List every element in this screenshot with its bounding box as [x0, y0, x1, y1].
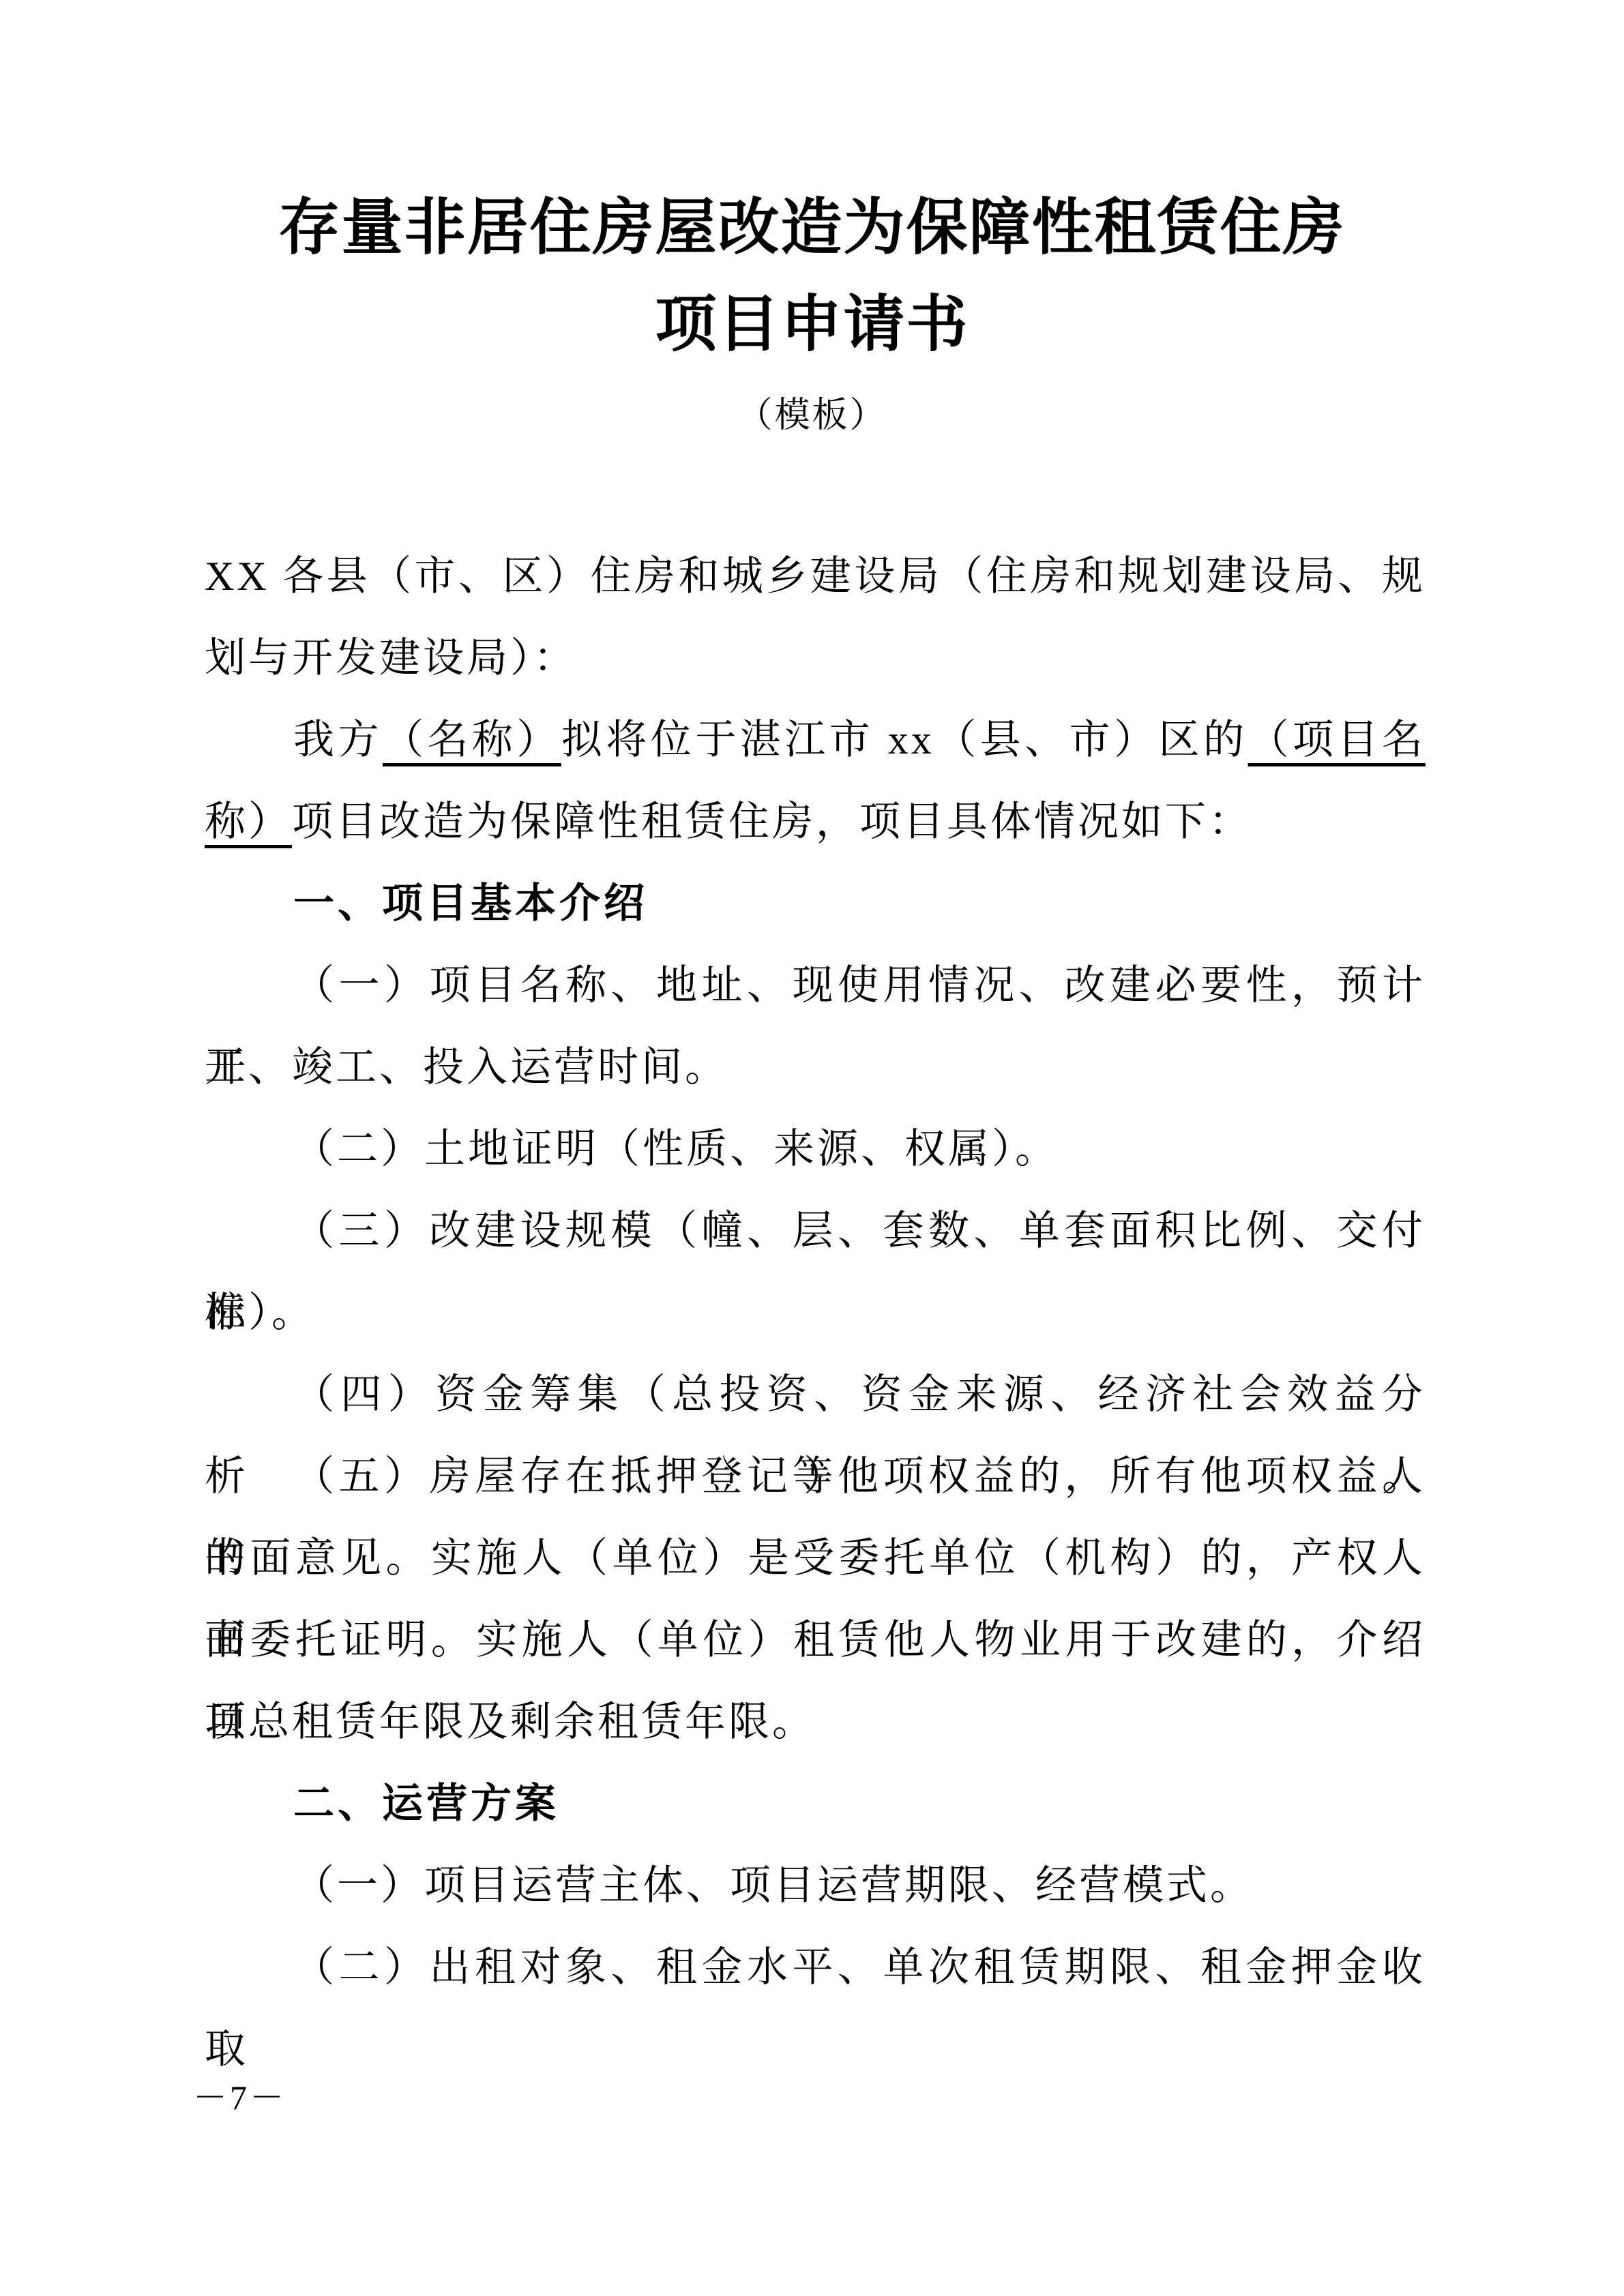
text-segment: 拟将位于湛江市 xx（县、市）区的 — [561, 717, 1248, 762]
salutation-line-2: 划与开发建设局）： — [205, 617, 1426, 699]
item-1-5-line-4: 目总租赁年限及剩余租赁年限。 — [205, 1681, 1426, 1763]
item-2-2: （二）出租对象、租金水平、单次租赁期限、租金押金收取 — [205, 1926, 1426, 2008]
item-1-4: （四）资金筹集（总投资、资金来源、经济社会效益分析）。 — [205, 1354, 1426, 1435]
text-segment: 我方 — [293, 717, 383, 762]
section-2-heading: 二、运营方案 — [205, 1763, 1426, 1845]
text-segment: （二）出租对象、租金水平、单次租赁期限、租金押金收取 — [205, 1945, 1426, 2072]
item-1-5-line-1: （五）房屋存在抵押登记等他项权益的，所有他项权益人的 — [205, 1435, 1426, 1517]
item-1-1-line-1: （一）项目名称、地址、现使用情况、改建必要性，预计开 — [205, 944, 1426, 1026]
text-segment: 一、项目基本介绍 — [293, 880, 648, 926]
text-segment: （一）项目运营主体、项目运营期限、经营模式。 — [293, 1863, 1254, 1908]
text-segment: （二）土地证明（性质、来源、权属）。 — [293, 1127, 1059, 1172]
text-segment: 准）。 — [205, 1290, 315, 1335]
item-1-3-line-2: 准）。 — [205, 1272, 1426, 1354]
intro-line-1: 我方（名称）拟将位于湛江市 xx（县、市）区的（项目名 — [205, 699, 1426, 781]
text-segment: 项目改造为保障性租赁住房，项目具体情况如下： — [292, 799, 1252, 844]
item-1-3-line-1: （三）改建设规模（幢、层、套数、单套面积比例、交付标 — [205, 1190, 1426, 1272]
underlined-fill-in-blank: （项目名 — [1248, 717, 1426, 762]
text-segment: 目总租赁年限及剩余租赁年限。 — [205, 1699, 816, 1744]
underlined-fill-in-blank: 称） — [205, 799, 292, 844]
text-segment: 工、竣工、投入运营时间。 — [205, 1045, 728, 1090]
page-number: －7－ — [193, 2073, 286, 2122]
text-segment: 划与开发建设局）： — [205, 636, 577, 681]
underlined-fill-in-blank: （名称） — [383, 717, 561, 762]
document-page: 存量非居住房屋改造为保障性租赁住房 项目申请书 （模板） XX 各县（市、区）住… — [0, 0, 1624, 2296]
intro-line-2: 称）项目改造为保障性租赁住房，项目具体情况如下： — [205, 781, 1426, 863]
salutation-line-1: XX 各县（市、区）住房和城乡建设局（住房和规划建设局、规 — [205, 535, 1426, 617]
document-subtitle: （模板） — [0, 387, 1624, 445]
item-1-2: （二）土地证明（性质、来源、权属）。 — [205, 1108, 1426, 1190]
item-1-1-line-2: 工、竣工、投入运营时间。 — [205, 1026, 1426, 1108]
item-1-5-line-3: 面委托证明。实施人（单位）租赁他人物业用于改建的，介绍项 — [205, 1599, 1426, 1681]
item-1-5-line-2: 书面意见。实施人（单位）是受委托单位（机构）的，产权人书 — [205, 1517, 1426, 1599]
document-body: XX 各县（市、区）住房和城乡建设局（住房和规划建设局、规划与开发建设局）：我方… — [205, 535, 1426, 2008]
document-title-line2: 项目申请书 — [0, 278, 1624, 373]
section-1-heading: 一、项目基本介绍 — [205, 863, 1426, 944]
document-title-line1: 存量非居住房屋改造为保障性租赁住房 — [0, 181, 1624, 276]
text-segment: XX 各县（市、区）住房和城乡建设局（住房和规划建设局、规 — [205, 554, 1426, 599]
text-segment: 二、运营方案 — [293, 1780, 559, 1826]
item-2-1: （一）项目运营主体、项目运营期限、经营模式。 — [205, 1845, 1426, 1926]
